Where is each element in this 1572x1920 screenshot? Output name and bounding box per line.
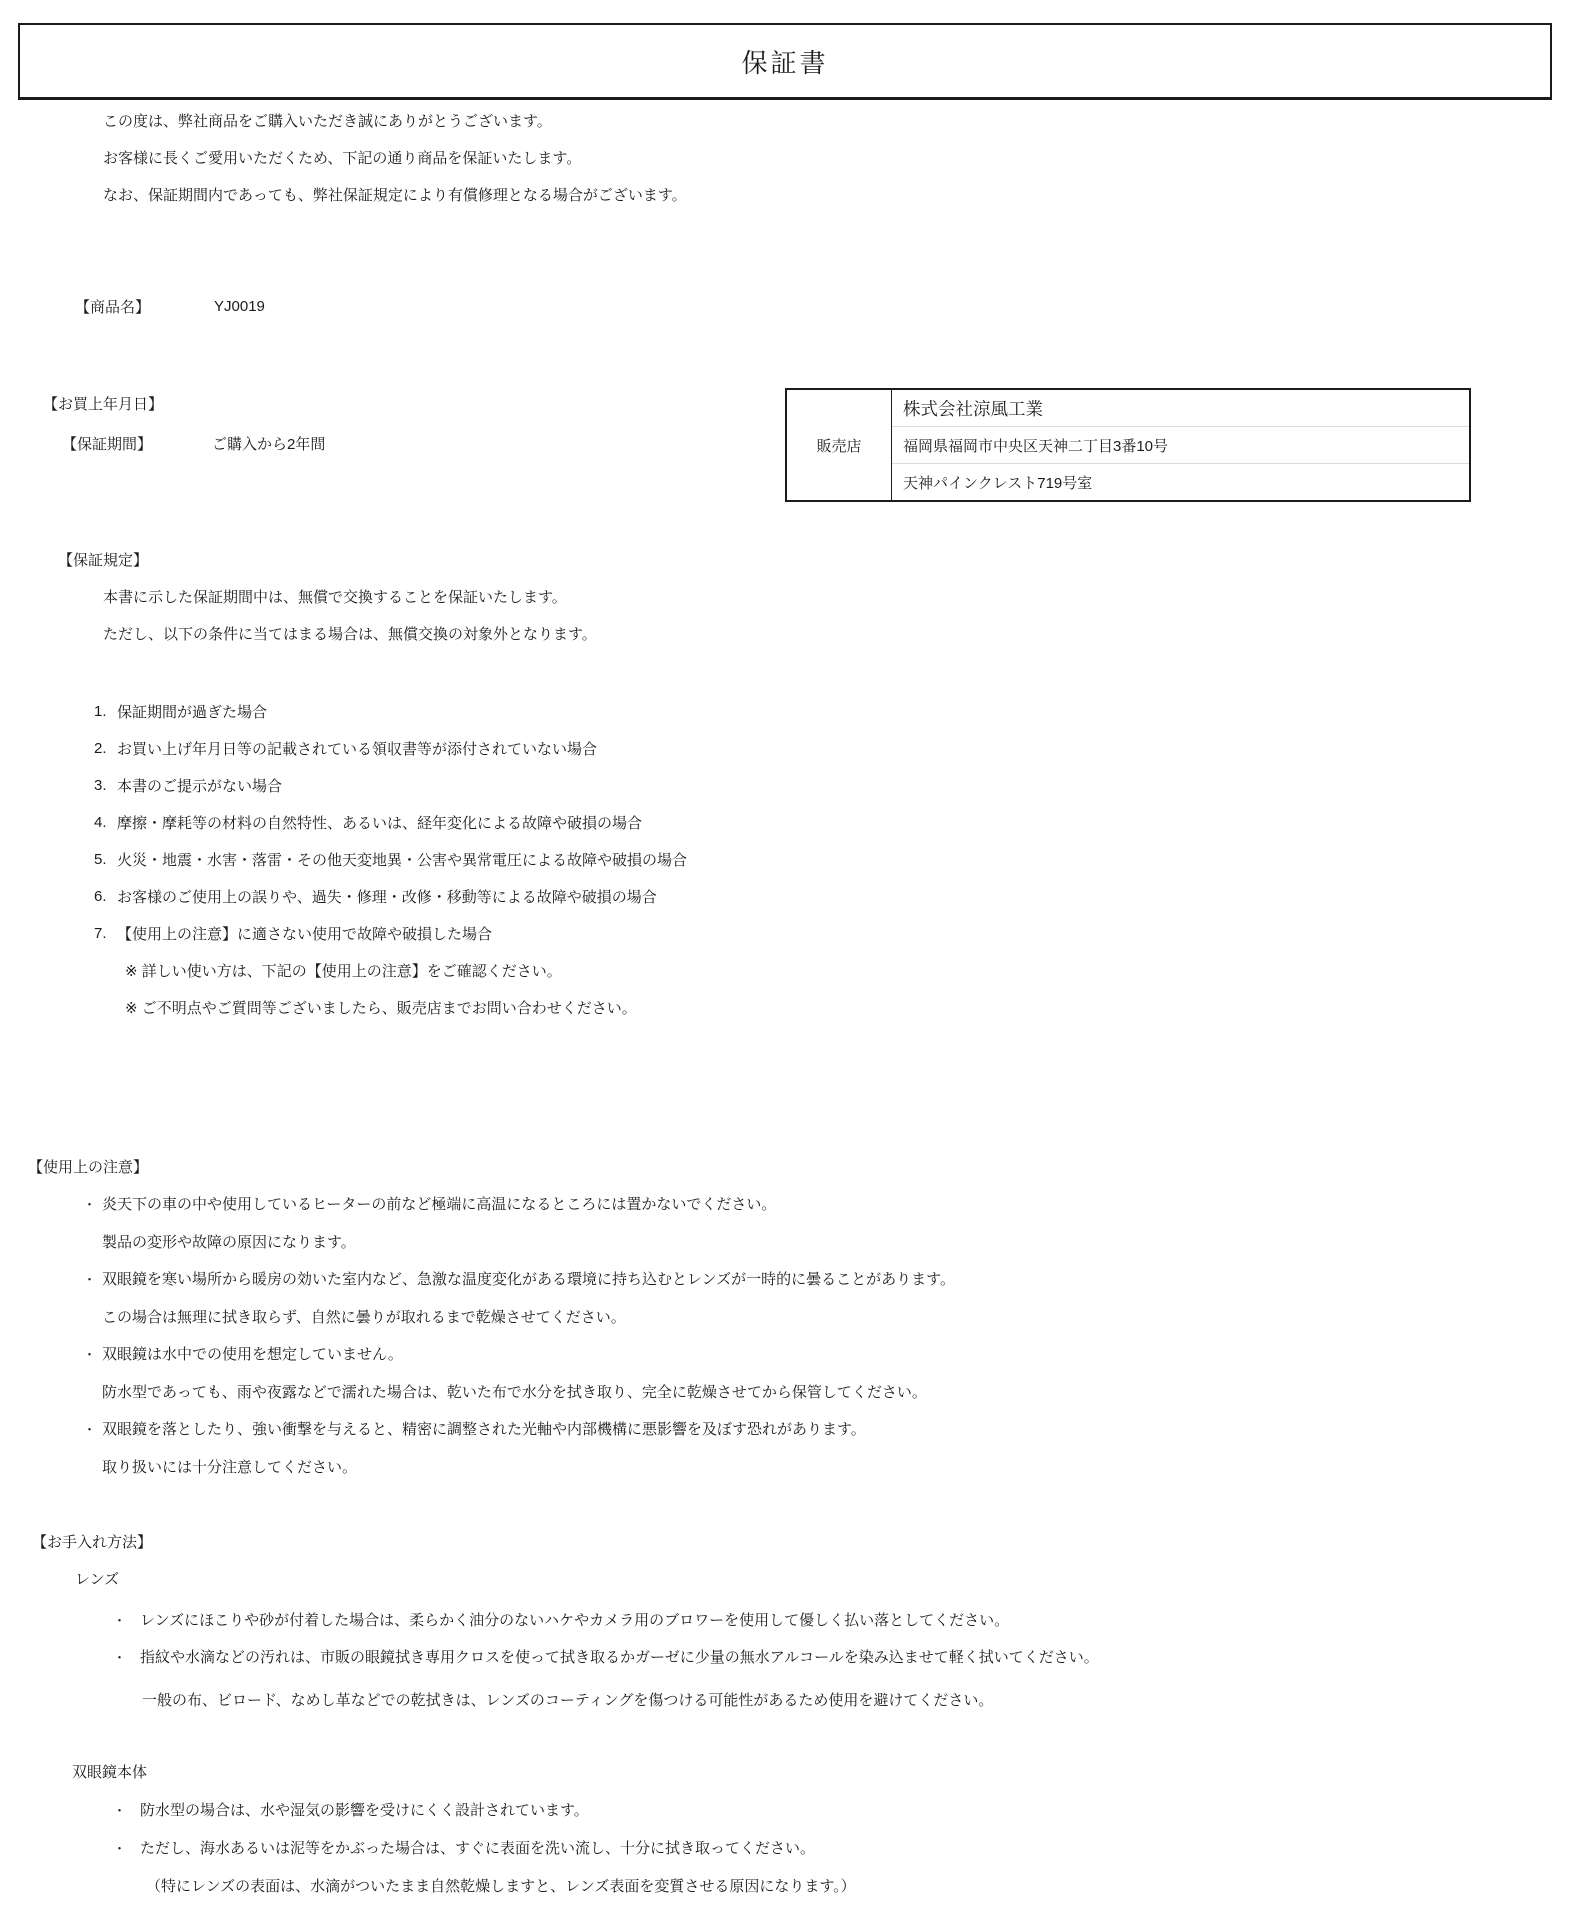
seller-row-company: 株式会社涼風工業 (892, 390, 1469, 427)
usage-list: ・ 炎天下の車の中や使用しているヒーターの前など極端に高温になるところには置かな… (83, 1185, 955, 1485)
provision-item-6-num: 6. (94, 888, 117, 905)
care-lens-note: 一般の布、ビロード、なめし革などでの乾拭きは、レンズのコーティングを傷つける可能… (113, 1681, 1099, 1718)
seller-rows: 株式会社涼風工業 福岡県福岡市中央区天神二丁目3番10号 天神パインクレスト71… (892, 390, 1469, 500)
care-lens-list: ・ レンズにほこりや砂が付着した場合は、柔らかく油分のないハケやカメラ用のブロワ… (113, 1601, 1099, 1718)
product-value: YJ0019 (214, 298, 265, 315)
provision-item-1: 1. 保証期間が過ぎた場合 (94, 693, 687, 730)
care-body-subheading: 双眼鏡本体 (72, 1753, 147, 1790)
usage-item-1-text: 炎天下の車の中や使用しているヒーターの前など極端に高温になるところには置かないで… (102, 1193, 776, 1214)
provision-note-1: ※ 詳しい使い方は、下記の【使用上の注意】をご確認ください。 (94, 952, 687, 989)
care-lens-item-2: ・ 指紋や水滴などの汚れは、市販の眼鏡拭き専用クロスを使って拭き取るかガーゼに少… (113, 1638, 1099, 1675)
provision-item-1-num: 1. (94, 703, 117, 720)
provision-item-2: 2. お買い上げ年月日等の記載されている領収書等が添付されていない場合 (94, 730, 687, 767)
intro-paragraph-1: この度は、弊社商品をご購入いただき誠にありがとうございます。 (103, 102, 687, 139)
usage-item-4-line-2: 取り扱いには十分注意してください。 (83, 1448, 955, 1486)
warranty-period-label: 【保証期間】 (62, 433, 212, 454)
provisions-heading: 【保証規定】 (58, 541, 148, 578)
provision-item-2-num: 2. (94, 740, 117, 757)
care-lens-subheading: レンズ (75, 1560, 119, 1597)
provisions-list: 1. 保証期間が過ぎた場合 2. お買い上げ年月日等の記載されている領収書等が添… (94, 693, 687, 1026)
seller-row-address-2: 天神パインクレスト719号室 (892, 464, 1469, 500)
provision-item-5: 5. 火災・地震・水害・落雷・その他天変地異・公害や異常電圧による故障や破損の場… (94, 841, 687, 878)
warranty-period-row: 【保証期間】 ご購入から2年間 (62, 425, 325, 462)
provision-item-5-text: 火災・地震・水害・落雷・その他天変地異・公害や異常電圧による故障や破損の場合 (117, 849, 687, 870)
provision-item-7-num: 7. (94, 925, 117, 942)
provision-item-2-text: お買い上げ年月日等の記載されている領収書等が添付されていない場合 (117, 738, 597, 759)
usage-item-4-bullet: ・ (83, 1419, 102, 1438)
care-body-item-2: ・ ただし、海水あるいは泥等をかぶった場合は、すぐに表面を洗い流し、十分に拭き取… (113, 1828, 856, 1866)
provisions-body-1: 本書に示した保証期間中は、無償で交換することを保証いたします。 (103, 578, 597, 615)
usage-heading: 【使用上の注意】 (28, 1148, 148, 1185)
usage-item-3-bullet: ・ (83, 1344, 102, 1363)
provision-item-3-num: 3. (94, 777, 117, 794)
usage-item-3-line-2: 防水型であっても、雨や夜露などで濡れた場合は、乾いた布で水分を拭き取り、完全に乾… (83, 1373, 955, 1411)
care-body-item-2-bullet: ・ (113, 1838, 140, 1857)
usage-item-2-line-1: ・ 双眼鏡を寒い場所から暖房の効いた室内など、急激な温度変化がある環境に持ち込む… (83, 1260, 955, 1298)
care-lens-item-1-text: レンズにほこりや砂が付着した場合は、柔らかく油分のないハケやカメラ用のブロワーを… (140, 1609, 1009, 1630)
care-heading: 【お手入れ方法】 (32, 1523, 152, 1560)
provision-note-2: ※ ご不明点やご質問等ございましたら、販売店までお問い合わせください。 (94, 989, 687, 1026)
intro-section: この度は、弊社商品をご購入いただき誠にありがとうございます。 お客様に長くご愛用… (103, 102, 687, 213)
care-lens-item-1-bullet: ・ (113, 1610, 140, 1629)
provision-item-4-text: 摩擦・摩耗等の材料の自然特性、あるいは、経年変化による故障や破損の場合 (117, 812, 642, 833)
provisions-body: 本書に示した保証期間中は、無償で交換することを保証いたします。 ただし、以下の条… (103, 578, 597, 652)
provision-item-4-num: 4. (94, 814, 117, 831)
usage-item-4-line-1: ・ 双眼鏡を落としたり、強い衝撃を与えると、精密に調整された光軸や内部機構に悪影… (83, 1410, 955, 1448)
provisions-body-2: ただし、以下の条件に当てはまる場合は、無償交換の対象外となります。 (103, 615, 597, 652)
page-title: 保証書 (741, 43, 828, 80)
care-body-item-1-bullet: ・ (113, 1800, 140, 1819)
warranty-period-value: ご購入から2年間 (212, 433, 325, 454)
usage-item-1-bullet: ・ (83, 1194, 102, 1213)
warranty-document-page: 保証書 この度は、弊社商品をご購入いただき誠にありがとうございます。 お客様に長… (0, 0, 1572, 1920)
usage-item-2-text: 双眼鏡を寒い場所から暖房の効いた室内など、急激な温度変化がある環境に持ち込むとレ… (102, 1268, 955, 1289)
care-body-list: ・ 防水型の場合は、水や湿気の影響を受けにくく設計されています。 ・ ただし、海… (113, 1790, 856, 1904)
purchase-date-label: 【お買上年月日】 (43, 393, 163, 414)
provision-item-3-text: 本書のご提示がない場合 (117, 775, 282, 796)
usage-item-3-text: 双眼鏡は水中での使用を想定していません。 (102, 1343, 403, 1364)
seller-label: 販売店 (787, 390, 892, 500)
provision-item-6-text: お客様のご使用上の誤りや、過失・修理・改修・移動等による故障や破損の場合 (117, 886, 657, 907)
provision-item-6: 6. お客様のご使用上の誤りや、過失・修理・改修・移動等による故障や破損の場合 (94, 878, 687, 915)
product-label: 【商品名】 (75, 296, 214, 317)
care-lens-item-2-text: 指紋や水滴などの汚れは、市販の眼鏡拭き専用クロスを使って拭き取るかガーゼに少量の… (140, 1646, 1099, 1667)
seller-row-address-1: 福岡県福岡市中央区天神二丁目3番10号 (892, 427, 1469, 464)
usage-item-1-line-2: 製品の変形や故障の原因になります。 (83, 1223, 955, 1261)
product-row: 【商品名】 YJ0019 (75, 288, 265, 325)
title-box: 保証書 (18, 23, 1552, 100)
provision-item-5-num: 5. (94, 851, 117, 868)
provision-item-4: 4. 摩擦・摩耗等の材料の自然特性、あるいは、経年変化による故障や破損の場合 (94, 804, 687, 841)
provision-item-3: 3. 本書のご提示がない場合 (94, 767, 687, 804)
care-body-item-1: ・ 防水型の場合は、水や湿気の影響を受けにくく設計されています。 (113, 1790, 856, 1828)
care-lens-item-2-bullet: ・ (113, 1647, 140, 1666)
provision-item-7-text: 【使用上の注意】に適さない使用で故障や破損した場合 (117, 923, 492, 944)
provision-item-7: 7. 【使用上の注意】に適さない使用で故障や破損した場合 (94, 915, 687, 952)
care-body-item-1-text: 防水型の場合は、水や湿気の影響を受けにくく設計されています。 (140, 1799, 589, 1820)
usage-item-1-line-1: ・ 炎天下の車の中や使用しているヒーターの前など極端に高温になるところには置かな… (83, 1185, 955, 1223)
usage-item-2-bullet: ・ (83, 1269, 102, 1288)
usage-item-2-line-2: この場合は無理に拭き取らず、自然に曇りが取れるまで乾燥させてください。 (83, 1298, 955, 1336)
intro-paragraph-3: なお、保証期間内であっても、弊社保証規定により有償修理となる場合がございます。 (103, 176, 687, 213)
usage-item-4-text: 双眼鏡を落としたり、強い衝撃を与えると、精密に調整された光軸や内部機構に悪影響を… (102, 1418, 866, 1439)
usage-item-3-line-1: ・ 双眼鏡は水中での使用を想定していません。 (83, 1335, 955, 1373)
seller-table: 販売店 株式会社涼風工業 福岡県福岡市中央区天神二丁目3番10号 天神パインクレ… (785, 388, 1471, 502)
care-body-note: （特にレンズの表面は、水滴がついたまま自然乾燥しますと、レンズ表面を変質させる原… (113, 1866, 856, 1904)
care-lens-item-1: ・ レンズにほこりや砂が付着した場合は、柔らかく油分のないハケやカメラ用のブロワ… (113, 1601, 1099, 1638)
provision-item-1-text: 保証期間が過ぎた場合 (117, 701, 267, 722)
care-body-item-2-text: ただし、海水あるいは泥等をかぶった場合は、すぐに表面を洗い流し、十分に拭き取って… (140, 1837, 815, 1858)
intro-paragraph-2: お客様に長くご愛用いただくため、下記の通り商品を保証いたします。 (103, 139, 687, 176)
purchase-date-row: 【お買上年月日】 (43, 385, 163, 422)
